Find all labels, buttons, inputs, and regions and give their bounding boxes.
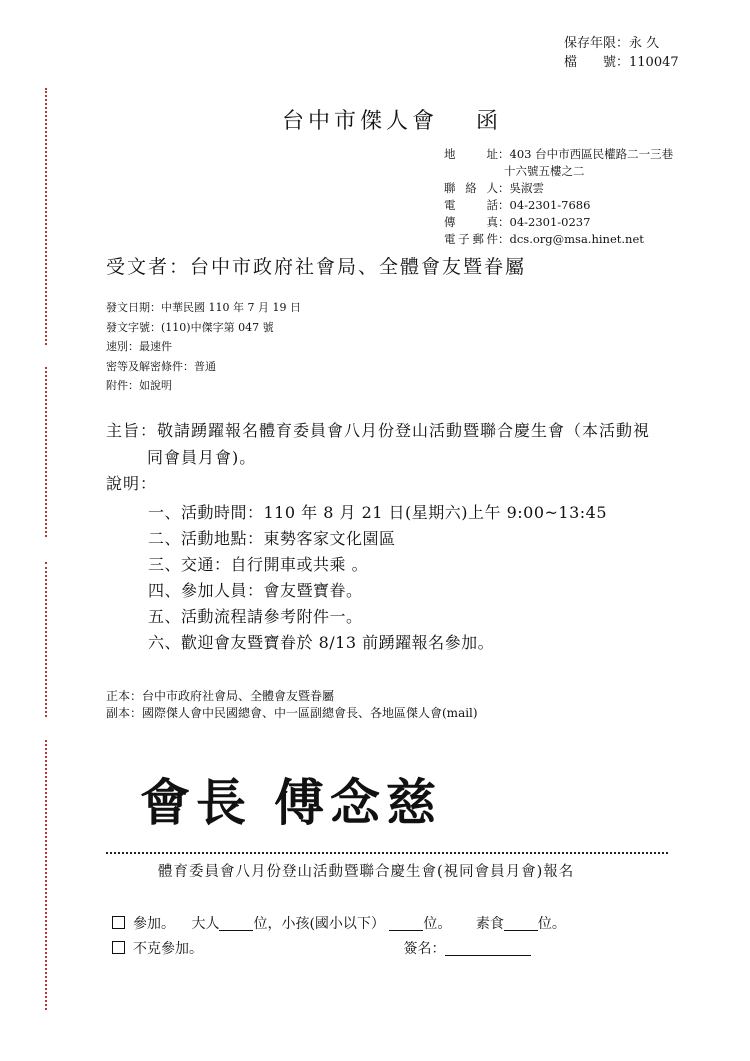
children-unit: 位。 [423,916,451,932]
subject: 主旨：敬請踴躍報名體育委員會八月份登山活動暨聯合慶生會（本活動視 同會員月會)。 [106,417,650,471]
list-item: 五、活動流程請參考附件一。 [148,604,607,630]
phone-value: ：04-2301-7686 [498,197,590,214]
cut-line [106,852,668,854]
decline-checkbox[interactable] [112,941,125,954]
signature-blank[interactable] [445,941,531,956]
binding-line [45,88,47,345]
signature-name: 傅念慈 [274,774,442,832]
binding-line [45,562,47,717]
decline-label: 不克參加。 [133,941,203,957]
decline-row: 不克參加。 簽名： [112,937,566,962]
veg-blank[interactable] [504,916,538,931]
form-title: 體育委員會八月份登山活動暨聯合慶生會(視同會員月會)報名 [158,860,574,881]
address-label: 地 址 [444,146,498,163]
cc-copy: 副本：國際傑人會中民國總會、中一區副總會長、各地區傑人會(mail) [106,705,478,722]
security-level: 密等及解密條件：普通 [106,357,301,377]
binding-line [45,740,47,1010]
email-value: ：dcs.org@msa.hinet.net [498,231,644,248]
subject-line1: 主旨：敬請踴躍報名體育委員會八月份登山活動暨聯合慶生會（本活動視 [106,417,650,444]
list-item: 三、交通：自行開車或共乘 。 [148,552,607,578]
retention-label: 保存年限： [564,36,629,51]
main-copy: 正本：台中市政府社會局、全體會友暨眷屬 [106,688,478,705]
list-item: 二、活動地點：東勢客家文化園區 [148,526,607,552]
copies-block: 正本：台中市政府社會局、全體會友暨眷屬 副本：國際傑人會中民國總會、中一區副總會… [106,688,478,722]
document-title: 台中市傑人會函 [282,104,502,135]
fax-label: 傳 真 [444,214,498,231]
issue-date: 發文日期：中華民國 110 年 7 月 19 日 [106,298,301,318]
signature-title: 會長 [140,774,252,832]
file-no-label: 檔 號： [564,55,629,70]
retention-block: 保存年限：永 久 檔 號：110047 [564,34,679,72]
speed: 速別：最速件 [106,337,301,357]
adults-label: 大人 [191,916,219,932]
list-item: 四、參加人員：會友暨寶眷。 [148,578,607,604]
binding-line [45,367,47,537]
children-label: 小孩(國小以下） [281,916,384,932]
retention-value: 永 久 [629,36,659,51]
adults-blank[interactable] [219,916,253,931]
signature-label: 簽名： [403,941,445,957]
recipient: 受文者：台中市政府社會局、全體會友暨眷屬 [106,252,526,279]
email-label: 電子郵件 [444,231,498,248]
file-no-value: 110047 [629,55,679,70]
signature: 會長傅念慈 [140,763,442,835]
subject-line2: 同會員月會)。 [106,444,650,471]
children-blank[interactable] [389,916,423,931]
phone-label: 電 話 [444,197,498,214]
attend-checkbox[interactable] [112,916,125,929]
registration-form: 參加。 大人位，小孩(國小以下） 位。 素食位。 不克參加。 簽名： [112,912,566,962]
explain-label: 說明： [106,471,157,494]
attachment: 附件：如說明 [106,376,301,396]
list-item: 一、活動時間：110 年 8 月 21 日(星期六)上午 9:00~13:45 [148,500,607,526]
address-line1: ：403 台中市西區民權路二一三巷 [498,146,673,163]
meta-block: 發文日期：中華民國 110 年 7 月 19 日 發文字號：(110)中傑字第 … [106,298,301,396]
org-name: 台中市傑人會 [282,109,438,134]
attend-row: 參加。 大人位，小孩(國小以下） 位。 素食位。 [112,912,566,937]
contact-person: ：吳淑雲 [498,180,544,197]
fax-value: ：04-2301-0237 [498,214,590,231]
doc-type: 函 [476,109,502,134]
contact-block: 地 址：403 台中市西區民權路二一三巷 十六號五樓之二 聯 絡 人：吳淑雲 電… [444,146,673,248]
veg-label: 素食 [476,916,504,932]
issue-number: 發文字號：(110)中傑字第 047 號 [106,318,301,338]
address-line2: 十六號五樓之二 [444,163,673,180]
list-item: 六、歡迎會友暨寶眷於 8/13 前踴躍報名參加。 [148,630,607,656]
attend-label: 參加。 [133,916,175,932]
adults-unit: 位， [253,916,281,932]
contact-person-label: 聯 絡 人 [444,180,498,197]
explain-items: 一、活動時間：110 年 8 月 21 日(星期六)上午 9:00~13:45 … [148,500,607,656]
veg-unit: 位。 [538,916,566,932]
